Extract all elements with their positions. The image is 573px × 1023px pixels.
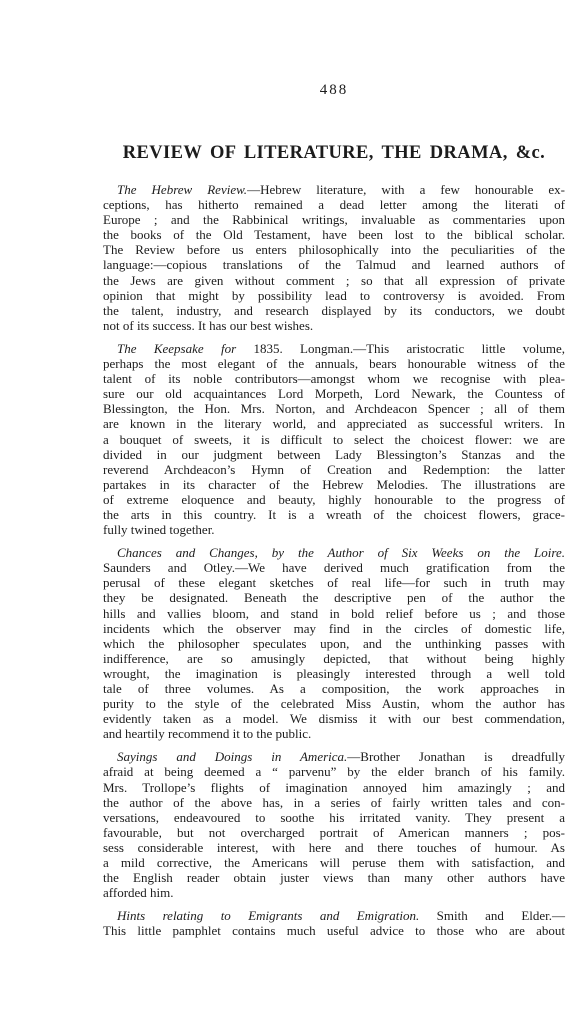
text-line: not of its success. It has our best wish… (103, 318, 565, 333)
text-line: they be designated. Beneath the descript… (103, 590, 565, 605)
review-text: opinion that might by possibility lead t… (103, 288, 565, 303)
text-line: language:—copious translations of the Ta… (103, 257, 565, 272)
work-title: The Hebrew Review. (117, 182, 247, 197)
review-text: evidently taken as a model. We dismiss i… (103, 711, 565, 726)
review-text: talent of its noble contributors—amongst… (103, 371, 565, 386)
text-line: sure our old acquaintances Lord Morpeth,… (103, 386, 565, 401)
text-line: ceptions, has hitherto remained a dead l… (103, 197, 565, 212)
page-number: 488 (103, 82, 565, 99)
review-text: tale of three volumes. As a composition,… (103, 681, 565, 696)
paragraph-chances-and-changes: Chances and Changes, by the Author of Si… (103, 545, 565, 741)
review-text: The Review before us enters philosophica… (103, 242, 565, 257)
text-line: The Review before us enters philosophica… (103, 242, 565, 257)
work-title: The Keepsake for (117, 341, 253, 356)
review-text: hills and vallies bloom, and stand in bo… (103, 606, 565, 621)
review-text: of extreme eloquence and beauty, highly … (103, 492, 565, 507)
paragraph-sayings-and-doings-in-america: Sayings and Doings in America.—Brother J… (103, 749, 565, 900)
review-text: Smith and Elder.— (419, 908, 565, 923)
text-line: incidents which the observer may find in… (103, 621, 565, 636)
review-text: perusal of these elegant sketches of rea… (103, 575, 565, 590)
review-text: the author of the above has, in a series… (103, 795, 565, 810)
text-line: Saunders and Otley.—We have derived much… (103, 560, 565, 575)
review-text: afforded him. (103, 885, 174, 900)
text-line: perhaps the most elegant of the annuals,… (103, 356, 565, 371)
review-text: incidents which the observer may find in… (103, 621, 565, 636)
text-line: of extreme eloquence and beauty, highly … (103, 492, 565, 507)
text-line: the arts in this country. It is a wreath… (103, 507, 565, 522)
review-text: —Brother Jonathan is dreadfully (347, 749, 565, 764)
review-text: sess considerable interest, with here an… (103, 840, 565, 855)
text-line: purity to the style of the celebrated Mi… (103, 696, 565, 711)
work-title: Sayings and Doings in America. (117, 749, 347, 764)
review-text: language:—copious translations of the Ta… (103, 257, 565, 272)
text-line: This little pamphlet contains much usefu… (103, 923, 565, 938)
text-line: a mild corrective, the Americans will pe… (103, 855, 565, 870)
text-line: talent of its noble contributors—amongst… (103, 371, 565, 386)
text-line: opinion that might by possibility lead t… (103, 288, 565, 303)
review-text: they be designated. Beneath the descript… (103, 590, 565, 605)
paragraph-keepsake-1835: The Keepsake for 1835. Longman.—This ari… (103, 341, 565, 537)
text-line: favourable, but not overcharged portrait… (103, 825, 565, 840)
review-text: Europe ; and the Rabbinical writings, in… (103, 212, 565, 227)
review-text: the arts in this country. It is a wreath… (103, 507, 565, 522)
review-text: which the philosopher speculates upon, a… (103, 636, 565, 651)
text-line: afraid at being deemed a “ parvenu” by t… (103, 764, 565, 779)
text-line: Sayings and Doings in America.—Brother J… (103, 749, 565, 764)
review-text: 1835. Longman.—This aristocratic little … (253, 341, 565, 356)
text-line: the books of the Old Testament, have bee… (103, 227, 565, 242)
text-line: Chances and Changes, by the Author of Si… (103, 545, 565, 560)
review-text: afraid at being deemed a “ parvenu” by t… (103, 764, 565, 779)
text-line: indifference, are so amusingly depicted,… (103, 651, 565, 666)
text-line: the Jews are given without comment ; so … (103, 273, 565, 288)
text-line: sess considerable interest, with here an… (103, 840, 565, 855)
text-line: tale of three volumes. As a composition,… (103, 681, 565, 696)
text-line: partakes in its character of the Hebrew … (103, 477, 565, 492)
text-line: the author of the above has, in a series… (103, 795, 565, 810)
review-text: —Hebrew literature, with a few honourabl… (247, 182, 565, 197)
review-text: not of its success. It has our best wish… (103, 318, 313, 333)
review-text: sure our old acquaintances Lord Morpeth,… (103, 386, 565, 401)
review-text: wrought, the imagination is pleasingly i… (103, 666, 565, 681)
text-line: and heartily recommend it to the public. (103, 726, 565, 741)
text-line: afforded him. (103, 885, 565, 900)
review-text: favourable, but not overcharged portrait… (103, 825, 565, 840)
text-line: divided in our judgment between Lady Ble… (103, 447, 565, 462)
review-text: Blessington, the Hon. Mrs. Norton, and A… (103, 401, 565, 416)
review-text: the Jews are given without comment ; so … (103, 273, 565, 288)
text-line: Blessington, the Hon. Mrs. Norton, and A… (103, 401, 565, 416)
review-text: ceptions, has hitherto remained a dead l… (103, 197, 565, 212)
paragraph-hints-emigrants-emigration: Hints relating to Emigrants and Emigrati… (103, 908, 565, 938)
review-text: a bouquet of sweets, it is difficult to … (103, 432, 565, 447)
review-text: a mild corrective, the Americans will pe… (103, 855, 565, 870)
page-title: REVIEW OF LITERATURE, THE DRAMA, &c. (90, 143, 573, 164)
text-line: Europe ; and the Rabbinical writings, in… (103, 212, 565, 227)
review-text: perhaps the most elegant of the annuals,… (103, 356, 565, 371)
review-text: Saunders and Otley.—We have derived much… (103, 560, 565, 575)
review-text: and heartily recommend it to the public. (103, 726, 311, 741)
text-line: wrought, the imagination is pleasingly i… (103, 666, 565, 681)
review-text: divided in our judgment between Lady Ble… (103, 447, 565, 462)
text-line: The Keepsake for 1835. Longman.—This ari… (103, 341, 565, 356)
text-line: reverend Archdeacon’s Hymn of Creation a… (103, 462, 565, 477)
review-text: the talent, industry, and research displ… (103, 303, 565, 318)
review-text: reverend Archdeacon’s Hymn of Creation a… (103, 462, 565, 477)
text-line: perusal of these elegant sketches of rea… (103, 575, 565, 590)
review-text: Mrs. Trollope’s flights of imagination a… (103, 780, 565, 795)
review-text: the English reader obtain juster views t… (103, 870, 565, 885)
text-line: the English reader obtain juster views t… (103, 870, 565, 885)
work-title: Hints relating to Emigrants and Emigrati… (117, 908, 419, 923)
document-page: 488 REVIEW OF LITERATURE, THE DRAMA, &c.… (0, 0, 573, 1023)
review-text: the books of the Old Testament, have bee… (103, 227, 565, 242)
review-text: This little pamphlet contains much usefu… (103, 923, 565, 938)
review-text: fully twined together. (103, 522, 215, 537)
text-line: the talent, industry, and research displ… (103, 303, 565, 318)
text-line: which the philosopher speculates upon, a… (103, 636, 565, 651)
text-line: evidently taken as a model. We dismiss i… (103, 711, 565, 726)
text-line: hills and vallies bloom, and stand in bo… (103, 606, 565, 621)
review-text: purity to the style of the celebrated Mi… (103, 696, 565, 711)
review-text: versations, endeavoured to soothe his ir… (103, 810, 565, 825)
review-text: partakes in its character of the Hebrew … (103, 477, 565, 492)
text-line: fully twined together. (103, 522, 565, 537)
review-text: indifference, are so amusingly depicted,… (103, 651, 565, 666)
text-body: The Hebrew Review.—Hebrew literature, wi… (103, 182, 565, 947)
text-line: versations, endeavoured to soothe his ir… (103, 810, 565, 825)
review-text: are known in the literary world, and app… (103, 416, 565, 431)
text-line: a bouquet of sweets, it is difficult to … (103, 432, 565, 447)
text-line: Hints relating to Emigrants and Emigrati… (103, 908, 565, 923)
text-line: The Hebrew Review.—Hebrew literature, wi… (103, 182, 565, 197)
paragraph-hebrew-review: The Hebrew Review.—Hebrew literature, wi… (103, 182, 565, 333)
work-title: Chances and Changes, by the Author of Si… (117, 545, 565, 560)
text-line: Mrs. Trollope’s flights of imagination a… (103, 780, 565, 795)
text-line: are known in the literary world, and app… (103, 416, 565, 431)
